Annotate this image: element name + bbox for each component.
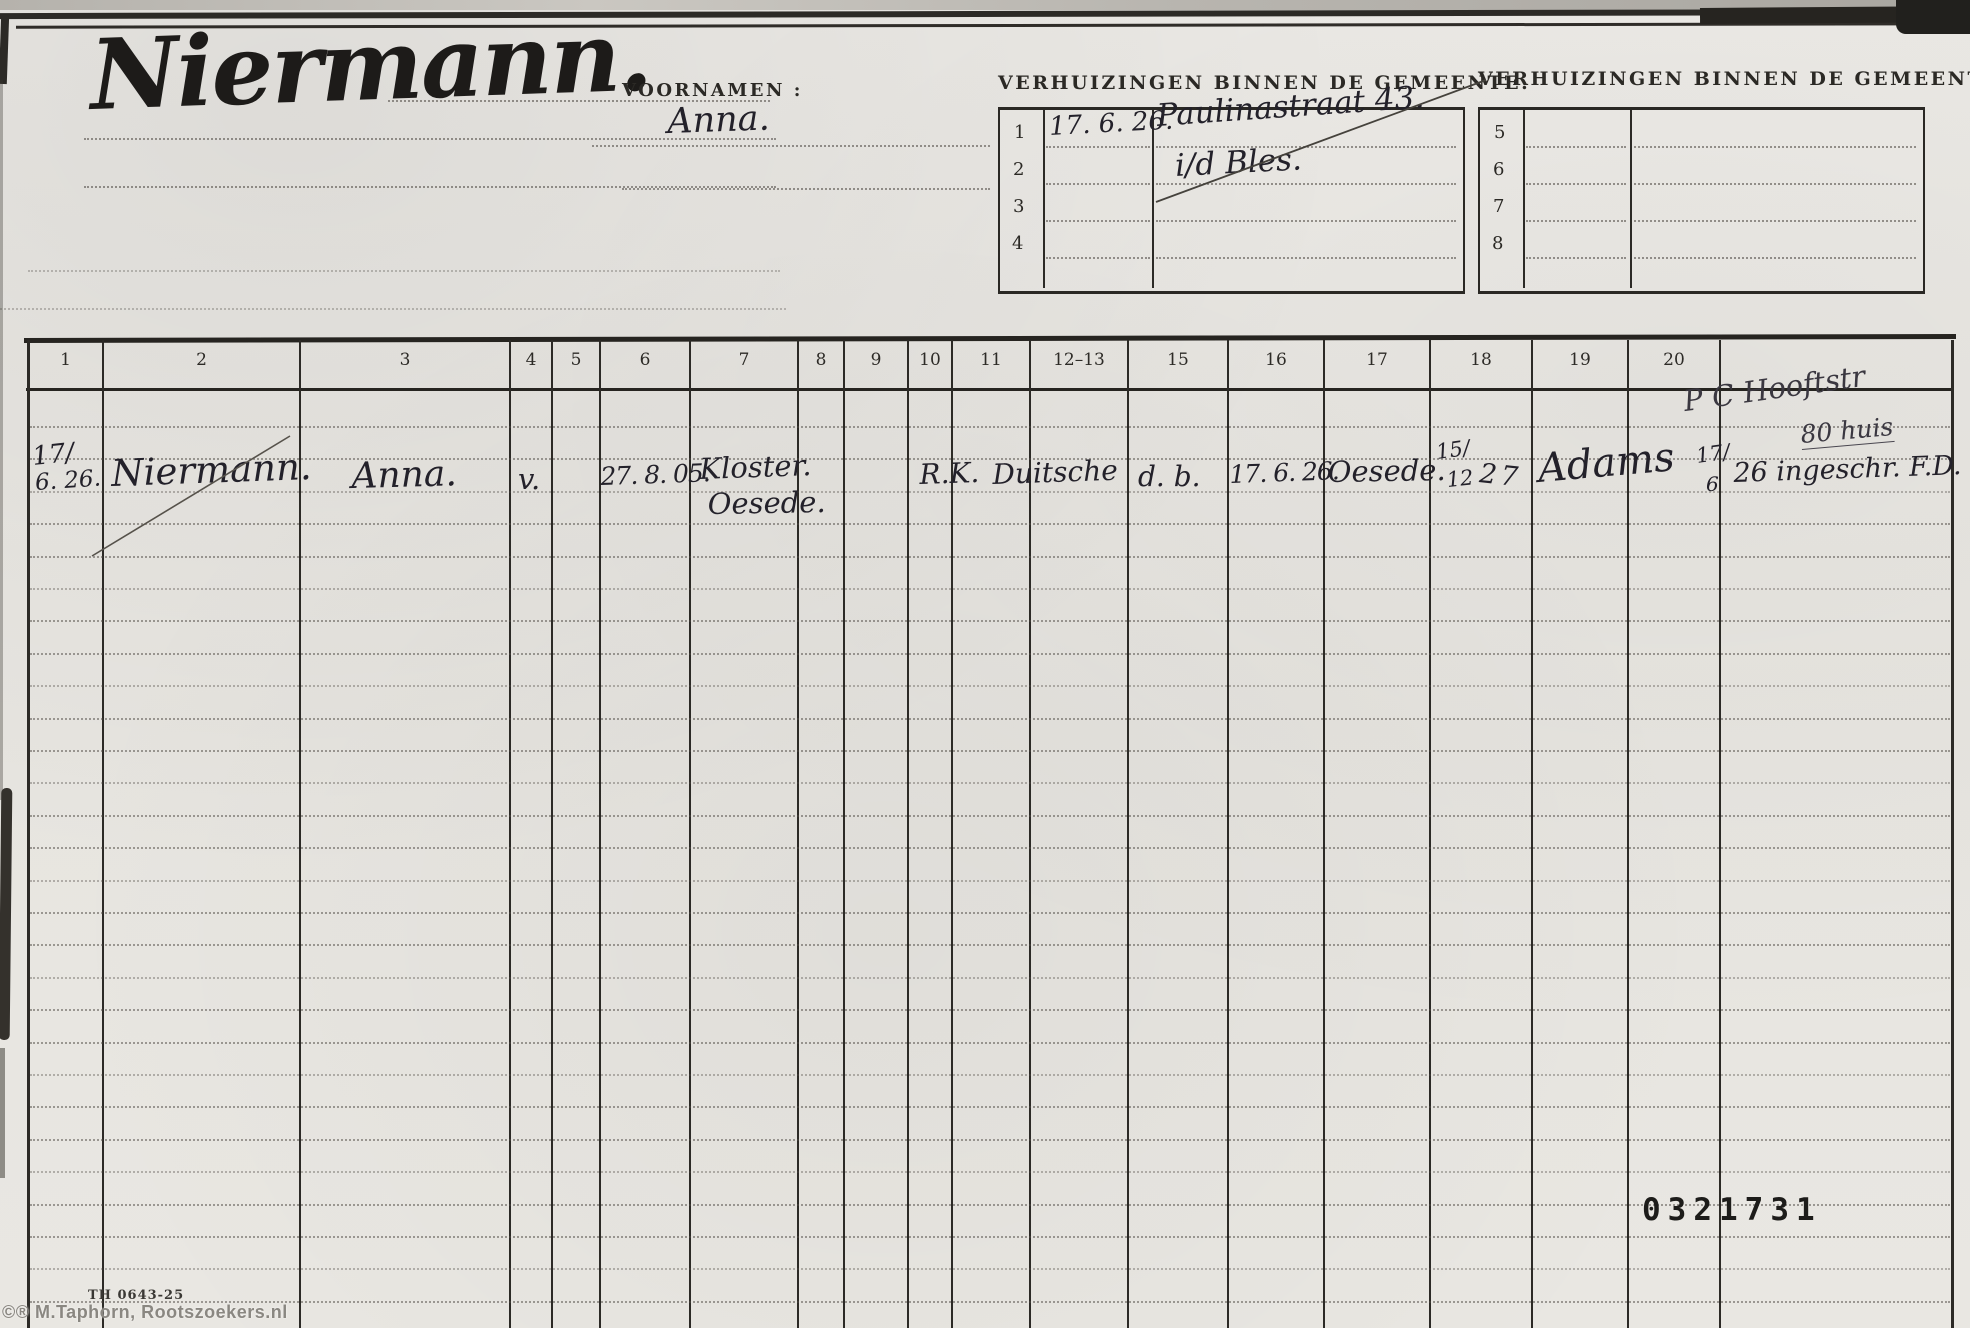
table-row-rule bbox=[30, 880, 1950, 882]
table-column-header-13: 15 bbox=[1128, 350, 1228, 370]
table-column-line-17 bbox=[1627, 340, 1629, 1328]
serial-stamp: 0321731 bbox=[1642, 1192, 1822, 1228]
form-code: TH 0643-25 bbox=[88, 1288, 184, 1303]
table-row-rule bbox=[30, 1171, 1950, 1173]
record-birth-date: 27. 8. 05. bbox=[600, 458, 710, 491]
table-grid-layer: 123456789101112–13151617181920 bbox=[0, 0, 1970, 1328]
table-column-line-8 bbox=[843, 340, 845, 1328]
box-row-rule bbox=[1526, 183, 1626, 185]
table-row-rule bbox=[30, 1009, 1950, 1011]
table-row-rule bbox=[30, 1042, 1950, 1044]
box-row-rule bbox=[1634, 220, 1916, 222]
table-row-rule bbox=[30, 1139, 1950, 1141]
record-origin: Oesede. bbox=[1327, 453, 1446, 489]
table-column-line-0 bbox=[27, 340, 30, 1328]
table-row-rule bbox=[30, 782, 1950, 784]
table-row-rule bbox=[30, 847, 1950, 849]
table-column-line-15 bbox=[1429, 340, 1431, 1328]
table-row-rule bbox=[30, 653, 1950, 655]
table-column-header-9: 9 bbox=[844, 350, 908, 370]
record-departure-frac-top: 15/ bbox=[1435, 436, 1472, 464]
table-column-header-10: 10 bbox=[908, 350, 952, 370]
table-row-rule bbox=[30, 1301, 1950, 1303]
box-row-rule bbox=[1526, 257, 1626, 259]
table-column-header-6: 6 bbox=[600, 350, 690, 370]
record-occupation: d. b. bbox=[1138, 460, 1201, 493]
table-column-header-3: 3 bbox=[300, 350, 510, 370]
table-column-header-18: 20 bbox=[1628, 350, 1720, 370]
table-column-line-19 bbox=[1951, 340, 1954, 1328]
record-sex: v. bbox=[518, 462, 540, 496]
record-birth-place-1: Kloster. bbox=[699, 448, 812, 486]
table-column-line-13 bbox=[1227, 340, 1229, 1328]
table-column-header-5: 5 bbox=[552, 350, 600, 370]
table-column-header-8: 8 bbox=[798, 350, 844, 370]
table-column-header-11: 11 bbox=[952, 350, 1030, 370]
table-row-rule bbox=[30, 620, 1950, 622]
box-row-rule bbox=[1156, 257, 1456, 259]
record-nationality: Duitsche bbox=[992, 454, 1118, 491]
box-row-rule bbox=[1046, 257, 1150, 259]
table-row-rule bbox=[30, 588, 1950, 590]
register-card-scan: Niermann. VOORNAMEN : Anna. VERHUIZINGEN… bbox=[0, 0, 1970, 1328]
record-remark-frac-bottom: 6 bbox=[1706, 472, 1719, 496]
box-row-rule bbox=[1634, 183, 1916, 185]
table-column-header-15: 17 bbox=[1324, 350, 1430, 370]
table-column-header-16: 18 bbox=[1430, 350, 1532, 370]
table-column-line-9 bbox=[907, 340, 909, 1328]
record-religion: R.K. bbox=[919, 456, 980, 491]
table-row-rule bbox=[30, 912, 1950, 914]
record-birth-place-2: Oesede. bbox=[707, 485, 826, 521]
watermark: ©® M.Taphorn, Rootszoekers.nl bbox=[2, 1302, 288, 1323]
box-row-rule bbox=[1634, 257, 1916, 259]
record-surname: Niermann. bbox=[110, 445, 312, 495]
box-row-rule bbox=[1634, 146, 1916, 148]
box-row-rule bbox=[1526, 220, 1626, 222]
table-column-line-16 bbox=[1531, 340, 1533, 1328]
record-departure-year: 27 bbox=[1478, 458, 1523, 493]
box-row-rule bbox=[1526, 146, 1626, 148]
table-row-rule bbox=[30, 718, 1950, 720]
record-arrival-date: 17. 6. 26. bbox=[1229, 456, 1339, 489]
table-column-header-7: 7 bbox=[690, 350, 798, 370]
table-column-line-1 bbox=[102, 340, 104, 1328]
table-row-rule bbox=[30, 1074, 1950, 1076]
record-remark-frac-top: 17/ bbox=[1695, 440, 1732, 468]
table-row-rule bbox=[30, 977, 1950, 979]
table-column-line-6 bbox=[689, 340, 691, 1328]
box-row-rule bbox=[1046, 146, 1150, 148]
table-row-rule bbox=[30, 556, 1950, 558]
table-row-rule bbox=[30, 426, 1950, 428]
table-column-header-14: 16 bbox=[1228, 350, 1324, 370]
table-row-rule bbox=[30, 1236, 1950, 1238]
table-row-rule bbox=[30, 815, 1950, 817]
table-column-line-14 bbox=[1323, 340, 1325, 1328]
table-column-line-18 bbox=[1719, 340, 1721, 1328]
box-row-rule bbox=[1046, 220, 1150, 222]
table-column-header-12: 12–13 bbox=[1030, 350, 1128, 370]
box-row-rule bbox=[1156, 220, 1456, 222]
table-row-rule bbox=[30, 1268, 1950, 1270]
table-column-line-4 bbox=[551, 340, 553, 1328]
table-column-header-1: 1 bbox=[28, 350, 103, 370]
box-row-rule bbox=[1046, 183, 1150, 185]
table-column-header-2: 2 bbox=[103, 350, 300, 370]
record-departure-frac-bottom: 12 bbox=[1445, 465, 1474, 492]
table-column-header-17: 19 bbox=[1532, 350, 1628, 370]
box-row-rule bbox=[1156, 146, 1456, 148]
table-row-rule bbox=[30, 523, 1950, 525]
table-row-rule bbox=[30, 491, 1950, 493]
record-reg-date-bottom: 6. 26. bbox=[34, 465, 101, 496]
table-row-rule bbox=[30, 1106, 1950, 1108]
table-column-line-3 bbox=[509, 340, 511, 1328]
table-row-rule bbox=[30, 685, 1950, 687]
table-column-line-12 bbox=[1127, 340, 1129, 1328]
box-row-rule bbox=[1156, 183, 1456, 185]
table-row-rule bbox=[30, 944, 1950, 946]
table-row-rule bbox=[30, 750, 1950, 752]
record-first-name: Anna. bbox=[351, 453, 457, 497]
table-column-header-4: 4 bbox=[510, 350, 552, 370]
